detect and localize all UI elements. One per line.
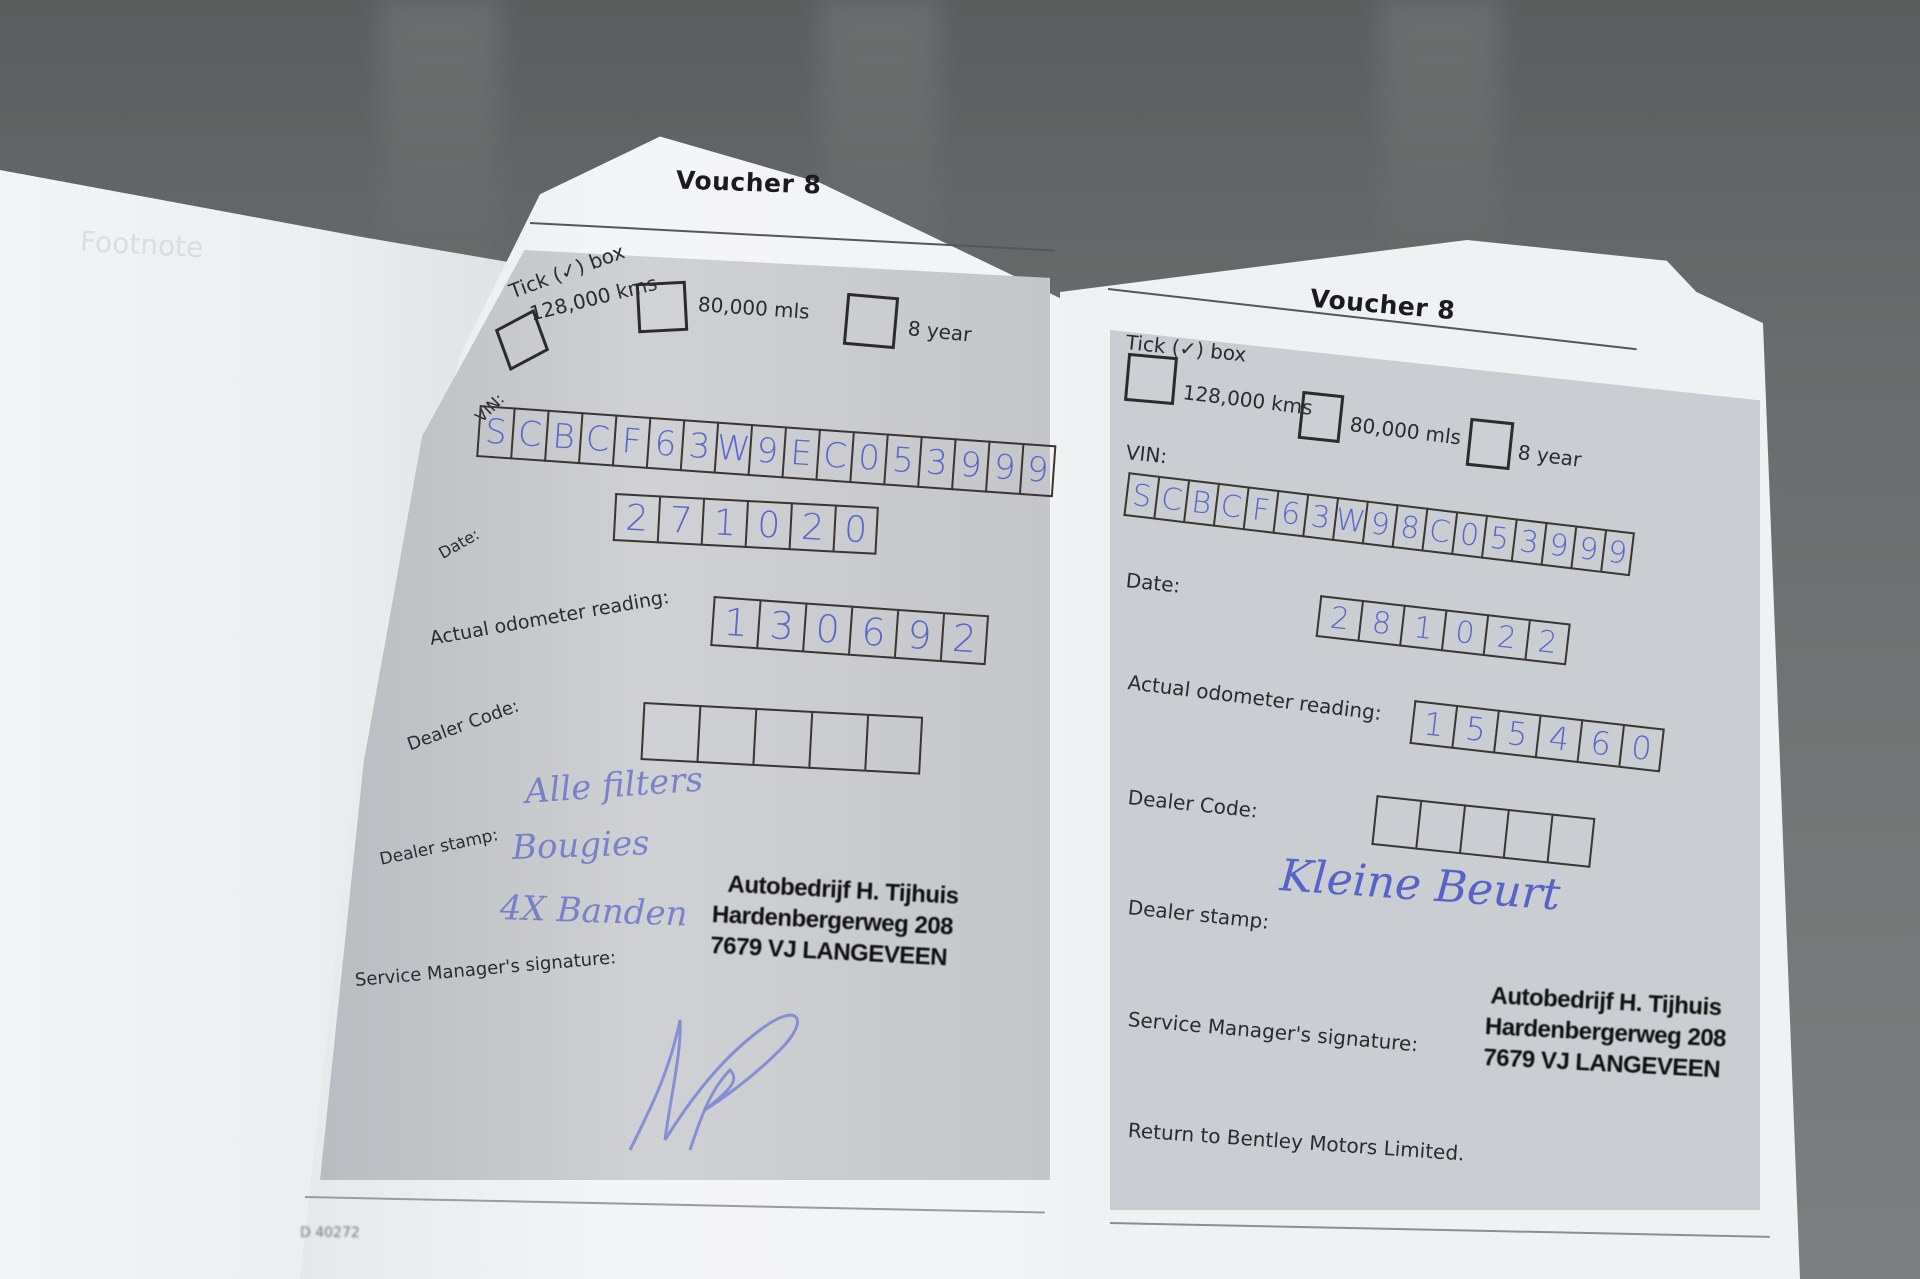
voucher-title: Voucher 8 xyxy=(676,165,822,199)
char-cell[interactable]: 0 xyxy=(832,505,878,555)
char-cell[interactable]: W xyxy=(714,422,752,476)
char-cell[interactable] xyxy=(1459,804,1508,858)
handwritten-note: Bougies xyxy=(511,823,650,868)
char-cell[interactable]: 7 xyxy=(657,495,703,545)
checkbox-8-year[interactable] xyxy=(843,293,899,349)
char-cell[interactable]: S xyxy=(476,405,514,459)
char-cell[interactable]: 2 xyxy=(1483,614,1529,660)
char-cell[interactable]: 2 xyxy=(789,502,835,552)
char-cell[interactable]: 2 xyxy=(1524,619,1570,665)
char-cell[interactable] xyxy=(696,705,755,766)
char-cell[interactable]: 0 xyxy=(1618,724,1665,772)
checkbox-128000-kms[interactable] xyxy=(1124,353,1178,405)
char-cell[interactable]: 2 xyxy=(613,493,659,543)
char-cell[interactable]: 3 xyxy=(917,436,955,490)
char-cell[interactable]: 5 xyxy=(883,434,921,488)
char-cell[interactable] xyxy=(864,714,923,775)
char-cell[interactable]: 3 xyxy=(756,599,805,652)
char-cell[interactable] xyxy=(640,702,699,763)
checkbox-80000-mls[interactable] xyxy=(1298,391,1345,443)
char-cell[interactable]: 9 xyxy=(894,609,943,662)
char-cell[interactable]: 0 xyxy=(849,431,887,485)
checkbox-80000-mls[interactable] xyxy=(636,281,689,334)
char-cell[interactable]: 9 xyxy=(1019,443,1057,497)
char-cell[interactable] xyxy=(1415,800,1464,854)
char-cell[interactable]: 6 xyxy=(1576,719,1623,767)
char-cell[interactable]: 5 xyxy=(1493,710,1540,758)
char-cell[interactable]: C xyxy=(578,412,616,466)
char-cell[interactable]: 2 xyxy=(1316,595,1362,641)
char-cell[interactable]: F xyxy=(612,415,650,469)
char-cell[interactable]: 9 xyxy=(1600,529,1635,576)
char-cell[interactable]: 6 xyxy=(848,606,897,659)
char-cell[interactable]: 0 xyxy=(745,500,791,550)
char-cell[interactable]: 1 xyxy=(710,596,759,649)
char-cell[interactable]: 1 xyxy=(1410,700,1457,748)
char-cell[interactable]: 0 xyxy=(1441,609,1487,655)
char-cell[interactable]: E xyxy=(781,426,819,480)
char-cell[interactable]: C xyxy=(815,429,853,483)
char-cell[interactable] xyxy=(752,708,811,769)
char-cell[interactable] xyxy=(1503,809,1552,863)
char-cell[interactable]: 1 xyxy=(1399,605,1445,651)
char-cell[interactable]: C xyxy=(510,407,548,461)
char-cell[interactable]: 9 xyxy=(748,424,786,478)
char-cell[interactable]: 3 xyxy=(680,419,718,473)
show-through-text: Footnote xyxy=(79,225,204,264)
footer-code: D 40272 xyxy=(300,1225,360,1241)
vin-label: VIN: xyxy=(1125,440,1169,468)
char-cell[interactable]: 9 xyxy=(951,438,989,492)
char-cell[interactable]: 8 xyxy=(1357,600,1403,646)
manager-signature xyxy=(610,990,820,1160)
checkbox-8-year[interactable] xyxy=(1466,418,1515,470)
char-cell[interactable]: 9 xyxy=(985,441,1023,495)
char-cell[interactable]: 2 xyxy=(940,612,989,665)
dealer-stamp: Autobedrijf H. Tijhuis Hardenbergerweg 2… xyxy=(1483,980,1729,1086)
char-cell[interactable]: 4 xyxy=(1535,714,1582,762)
char-cell[interactable]: 1 xyxy=(701,498,747,548)
dealer-stamp: Autobedrijf H. Tijhuis Hardenbergerweg 2… xyxy=(710,868,960,974)
char-cell[interactable] xyxy=(1546,814,1595,868)
char-cell[interactable] xyxy=(1371,795,1420,849)
handwritten-note: 4X Banden xyxy=(499,888,688,935)
char-cell[interactable]: 5 xyxy=(1451,705,1498,753)
char-cell[interactable]: 0 xyxy=(802,602,851,655)
char-cell[interactable]: 6 xyxy=(646,417,684,471)
char-cell[interactable] xyxy=(808,711,867,772)
char-cell[interactable]: B xyxy=(544,410,582,464)
